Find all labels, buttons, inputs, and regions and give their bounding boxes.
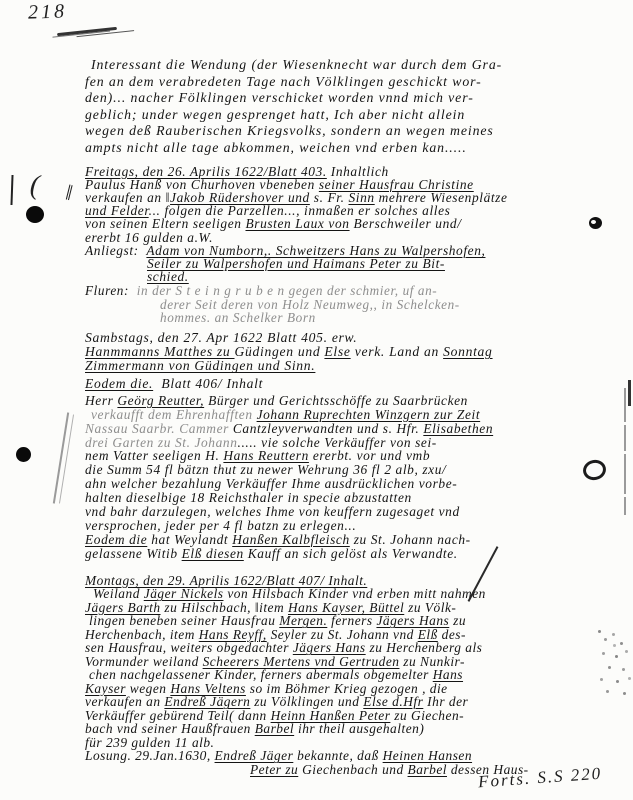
entry-freitag: Freitags, den 26. Aprilis 1622/Blatt 403…: [85, 165, 625, 284]
text-line: Eodem die hat Weylandt Hanßen Kalbfleisc…: [85, 533, 625, 547]
ink-smudge-icon: [57, 27, 117, 36]
text-segment: Sambstags, den 27. Apr 1622 Blatt 405. e…: [85, 330, 357, 345]
text-segment: nem Vatter seeligen H.: [85, 448, 223, 463]
text-segment: Sonntag: [443, 344, 492, 359]
scan-noise-icon: [598, 630, 601, 633]
text-line: bach vnd seiner Haußfrauen Barbel ihr th…: [85, 722, 625, 736]
text-segment: Elisabethen: [423, 421, 493, 436]
text-segment: Eodem die: [85, 532, 147, 547]
text-line: Sambstags, den 27. Apr 1622 Blatt 405. e…: [85, 331, 625, 345]
text-line: verkaufft dem Ehrenhafften Johann Ruprec…: [85, 408, 625, 422]
text-line: halten dieselbige 18 Reichsthaler in spe…: [85, 491, 625, 505]
entry-sambstag: Sambstags, den 27. Apr 1622 Blatt 405. e…: [85, 331, 625, 374]
text-line: Jägers Barth zu Hilschbach, ‖item Hans K…: [85, 601, 625, 615]
text-segment: Else: [324, 344, 350, 359]
text-segment: drei Garten zu St. Johann: [85, 435, 238, 450]
entry-fluren: Fluren: in der S t e i n g r u b e n geg…: [85, 284, 625, 324]
text-line: Eodem die. Blatt 406/ Inhalt: [85, 377, 625, 391]
entry-montag: Montags, den 29. Aprilis 1622/Blatt 407/…: [85, 574, 625, 777]
text-line: Herchenbach, item Hans Reyff, Seyler zu …: [85, 628, 625, 642]
text-segment: Eodem die.: [85, 376, 153, 391]
text-line: vnd bahr darzulegen, welches Ihme von ke…: [85, 505, 625, 519]
text-line: Nassau Saarbr. Cammer Cantzleyverwandten…: [85, 422, 625, 436]
text-line: derer Seit deren von Holz Neumweg,, in S…: [85, 298, 625, 311]
text-segment: Herr: [85, 393, 117, 408]
text-segment: Geörg Reutter,: [117, 393, 204, 408]
text-segment: ahn welcher bezahlung Verkäuffer Ihme au…: [85, 476, 457, 491]
text-line: versprochen, jeder per 4 fl batzn zu erl…: [85, 519, 625, 533]
punch-hole-top-icon: [26, 206, 44, 223]
text-line: die Summ 54 fl bätzn thut zu newer Wehru…: [85, 463, 625, 477]
text-segment: Losung. 29.Jan.1630,: [85, 748, 215, 763]
text-segment: Bürger und Gerichtsschöffe zu Saarbrücke…: [204, 393, 468, 408]
text-line: ampts nicht alle tage abkommen, weichen …: [85, 140, 625, 157]
text-line: schied.: [85, 270, 625, 283]
text-segment: fen an dem verabredeten Tage nach Völkli…: [85, 74, 482, 89]
text-line: nem Vatter seeligen H. Hans Reuttern ere…: [85, 449, 625, 463]
text-line: fen an dem verabredeten Tage nach Völkli…: [85, 74, 625, 91]
punch-hole-bottom-icon: [16, 447, 31, 462]
text-line: sen Hausfrau, weiters obgedachter Jägers…: [85, 641, 625, 655]
text-column: Interessant die Wendung (der Wiesenknech…: [85, 57, 625, 776]
text-segment: Hans Reuttern: [223, 448, 309, 463]
text-segment: Barbel: [408, 762, 447, 777]
text-line: Verkäuffer gebürend Teil( dann Heinn Han…: [85, 709, 625, 723]
text-line: chen nachgelassener Kinder, ferners aber…: [85, 668, 625, 682]
text-segment: zu St. Johann nach-: [350, 532, 471, 547]
text-segment: ..... vie solche Verkäuffer von sei-: [238, 435, 437, 450]
entry-reutter: Herr Geörg Reutter, Bürger und Gerichtss…: [85, 394, 625, 561]
text-segment: Peter zu: [250, 762, 298, 777]
margin-paren-mark-icon: (: [29, 170, 41, 203]
margin-pen-stroke-icon: [10, 175, 13, 205]
text-segment: schied.: [147, 269, 189, 284]
text-line: lingen beneben seiner Hausfrau Mergen. f…: [85, 614, 625, 628]
text-segment: Güdingen und: [235, 344, 325, 359]
scanned-document-page: 218 ( ‖ Interessant die Wendung (der Wie…: [0, 0, 633, 800]
text-line: drei Garten zu St. Johann..... vie solch…: [85, 436, 625, 450]
text-segment: Fluren:: [85, 283, 137, 298]
text-segment: die Summ 54 fl bätzn thut zu newer Wehru…: [85, 462, 446, 477]
text-segment: gelassene Witib: [85, 546, 182, 561]
text-segment: vnd bahr darzulegen, welches Ihme von ke…: [85, 504, 460, 519]
text-line: wegen deß Rauberischen Kriegsvolks, sond…: [85, 123, 625, 140]
text-segment: halten dieselbige 18 Reichsthaler in spe…: [85, 490, 412, 505]
text-segment: Barbel: [255, 721, 294, 736]
text-segment: Nassau Saarbr. Cammer: [85, 421, 233, 436]
text-segment: Blatt 406/ Inhalt: [153, 376, 263, 391]
text-line: den)... nacher Fölklingen verschicket wo…: [85, 90, 625, 107]
text-line: für 239 gulden 11 alb.: [85, 736, 625, 750]
text-segment: Berschweiler und/: [350, 216, 462, 231]
margin-insert-mark-icon: ‖: [63, 180, 75, 207]
text-line: gelassene Witib Elß diesen Kauff an sich…: [85, 547, 625, 561]
text-segment: den)... nacher Fölklingen verschicket wo…: [85, 90, 474, 105]
text-segment: ererbt. vor und vmb: [309, 448, 430, 463]
text-line: hommes. an Schelker Born: [85, 311, 625, 324]
text-segment: hommes. an Schelker Born: [160, 310, 316, 325]
text-segment: ihr theil ausgehalten): [294, 721, 424, 736]
text-segment: hat Weylandt: [147, 532, 232, 547]
text-line: geblich; under wegen gesprenget hatt, Ic…: [85, 107, 625, 124]
text-segment: Elß diesen: [182, 546, 244, 561]
text-segment: Interessant die Wendung (der Wiesenknech…: [91, 57, 502, 72]
entry-eodem: Eodem die. Blatt 406/ Inhalt: [85, 377, 625, 391]
text-line: Vormunder weiland Scheerers Mertens vnd …: [85, 655, 625, 669]
text-line: Zimmermann von Güdingen und Sinn.: [85, 359, 625, 373]
text-segment: Brusten Laux von: [245, 216, 349, 231]
text-line: Hanmmanns Matthes zu Güdingen und Else v…: [85, 345, 625, 359]
text-segment: verk. Land an: [351, 344, 443, 359]
text-segment: Johann Ruprechten Winzgern zur Zeit: [257, 407, 481, 422]
text-segment: Hanßen Kalbfleisch: [232, 532, 350, 547]
text-segment: wegen deß Rauberischen Kriegsvolks, sond…: [85, 123, 494, 138]
text-line: Kayser wegen Hans Veltens so im Böhmer K…: [85, 682, 625, 696]
text-line: Montags, den 29. Aprilis 1622/Blatt 407/…: [85, 574, 625, 588]
right-margin-scribble-icon: [621, 385, 629, 525]
text-segment: Zimmermann von Güdingen und Sinn.: [85, 358, 315, 373]
text-line: Herr Geörg Reutter, Bürger und Gerichtss…: [85, 394, 625, 408]
page-edge-mark-icon: [628, 380, 631, 406]
text-segment: Hanmmanns Matthes zu: [85, 344, 235, 359]
text-segment: Giechenbach und: [298, 762, 407, 777]
text-line: ahn welcher bezahlung Verkäuffer Ihme au…: [85, 477, 625, 491]
text-line: Fluren: in der S t e i n g r u b e n geg…: [85, 284, 625, 297]
text-line: verkaufen an Endreß Jägern zu Völklingen…: [85, 695, 625, 709]
page-number: 218: [28, 0, 68, 24]
text-line: Interessant die Wendung (der Wiesenknech…: [85, 57, 625, 74]
text-segment: verkaufft dem Ehrenhafften: [91, 407, 257, 422]
text-segment: Kauff an sich gelöst als Verwandte.: [244, 546, 458, 561]
text-segment: versprochen, jeder per 4 fl batzn zu erl…: [85, 518, 356, 533]
text-line: Weiland Jäger Nickels von Hilsbach Kinde…: [85, 587, 625, 601]
text-segment: ampts nicht alle tage abkommen, weichen …: [85, 140, 467, 155]
text-segment: geblich; under wegen gesprenget hatt, Ic…: [85, 107, 465, 122]
intro-paragraph: Interessant die Wendung (der Wiesenknech…: [85, 57, 625, 157]
text-segment: Cantzleyverwandten und s. Hfr.: [233, 421, 423, 436]
text-segment: Anliegst:: [85, 243, 146, 258]
text-segment: Seiler zu Walpershofen und Haimans Peter…: [147, 256, 445, 271]
text-line: Losung. 29.Jan.1630, Endreß Jäger bekann…: [85, 749, 625, 763]
ink-blob-icon: [589, 217, 602, 229]
